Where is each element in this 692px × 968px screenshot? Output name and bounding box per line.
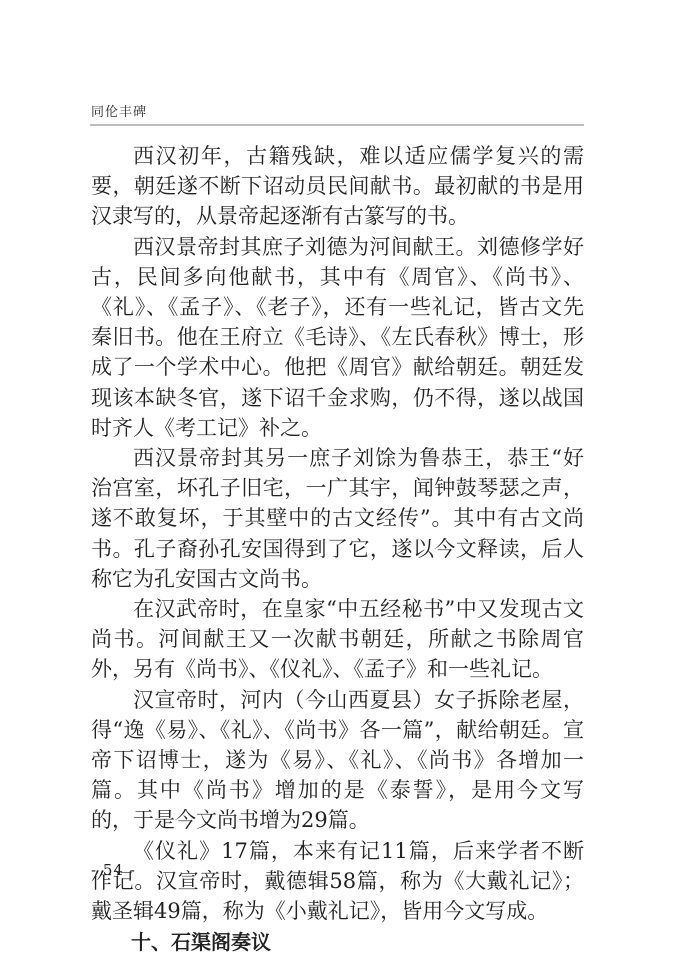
paragraph: 西汉景帝封其另一庶子刘馀为鲁恭王，恭王“好治宫室，坏孔子旧宅，一广其宇，闻钟鼓琴… <box>91 443 584 594</box>
section-heading: 十、石渠阁奏议 <box>91 926 584 958</box>
paragraph: 西汉景帝封其庶子刘德为河间献王。刘德修学好古，民间多向他献书，其中有《周官》、《… <box>91 232 584 443</box>
paragraph: 在汉武帝时，在皇家“中五经秘书”中又发现古文尚书。河间献王又一次献书朝廷，所献之… <box>91 594 584 685</box>
header-rule <box>90 124 584 126</box>
running-head-title: 同伦丰碑 <box>91 101 147 120</box>
paragraph: 《仪礼》17篇，本来有记11篇，后来学者不断作记。汉宣帝时，戴德辑58篇，称为《… <box>91 836 584 927</box>
paragraph: 西汉初年，古籍残缺，难以适应儒学复兴的需要，朝廷遂不断下诏动员民间献书。最初献的… <box>91 141 584 232</box>
paragraph: 汉宣帝时，河内（今山西夏县）女子拆除老屋，得“逸《易》、《礼》、《尚书》各一篇”… <box>91 685 584 836</box>
body-text: 西汉初年，古籍残缺，难以适应儒学复兴的需要，朝廷遂不断下诏动员民间献书。最初献的… <box>91 141 584 958</box>
page-number: - 54 - <box>91 861 136 879</box>
